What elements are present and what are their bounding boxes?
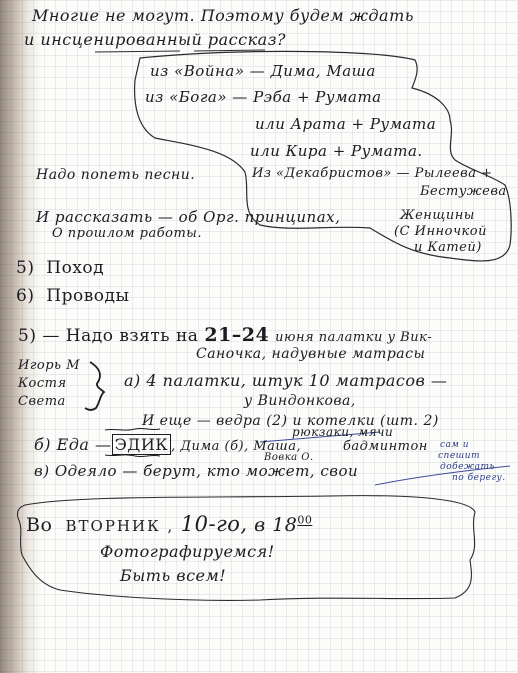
brace	[85, 362, 104, 410]
item-text: Еда —	[57, 435, 112, 454]
announce-time: в 18	[254, 514, 297, 536]
dates: 21–24	[204, 324, 269, 346]
blue-note-1: сам и	[440, 440, 469, 450]
person: Игорь М	[18, 358, 80, 373]
section-number: 5) —	[18, 326, 60, 346]
item-a-line-3: И еще — ведра (2) и котелки (шт. 2)	[142, 413, 439, 429]
intro-line-2: и инсценированный рассказ?	[24, 30, 286, 49]
announcement-line-3: Быть всем!	[120, 566, 226, 585]
section-text: Надо взять на	[66, 326, 199, 346]
casting-line-4: или Кира + Румата.	[250, 142, 423, 160]
item-label: а)	[124, 371, 141, 390]
list-number: 5)	[16, 258, 34, 278]
item-text: Одеяло — берут, кто может, свои	[55, 462, 358, 480]
list-item: 6) Проводы	[16, 286, 130, 306]
section5-header: 5) — Надо взять на 21–24 июня палатки у …	[18, 324, 432, 346]
casting-line-6: Бестужева	[420, 184, 507, 199]
list-item: 5) Поход	[16, 258, 104, 278]
item-a: а) 4 палатки, штук 10 матрасов —	[124, 371, 447, 390]
item-label: в)	[34, 462, 50, 480]
announcement-line-2: Фотографируемся!	[100, 542, 275, 561]
list-text: Проводы	[46, 286, 129, 306]
announce-time-minutes: 00	[297, 514, 312, 527]
person: Света	[18, 394, 66, 409]
item-b: б) Еда —ЭДИК, Дима (б), Маша,	[34, 435, 301, 454]
blue-note-3: добежать	[440, 462, 495, 472]
list-number: 6)	[16, 286, 34, 306]
casting-line-5: Из «Декабристов» — Рылеева +	[252, 166, 493, 181]
section5-line-2: Саночка, надувные матрасы	[196, 346, 425, 362]
announce-prefix: Во	[26, 514, 52, 536]
casting-line-8: (С Инночкой	[394, 224, 487, 239]
announce-day: ВТОРНИК ,	[66, 517, 175, 535]
tell-line-2: О прошлом работы.	[52, 226, 202, 241]
section-text-rest: июня палатки у Вик-	[275, 330, 432, 345]
intro-line-1: Многие не могут. Поэтому будем ждать	[32, 6, 414, 25]
casting-roles: Рэба + Румата	[253, 88, 382, 106]
casting-line-3: или Арата + Румата	[255, 115, 436, 133]
songs-line: Надо попеть песни.	[36, 167, 195, 183]
blue-note-2: спешит	[438, 451, 480, 461]
announce-date: 10-го,	[181, 512, 248, 536]
casting-line-2: из «Бога» — Рэба + Румата	[145, 88, 382, 106]
casting-source: из «Бога» —	[145, 88, 248, 106]
person: Костя	[18, 376, 67, 391]
item-a-line-2: у Виндонкова,	[244, 393, 356, 409]
list-text: Поход	[46, 258, 104, 278]
item-b-above: рюкзаки, мячи	[292, 425, 393, 439]
casting-source: из «Война» —	[150, 62, 265, 80]
tell-line-1: И рассказать — об Орг. принципах,	[36, 208, 340, 226]
casting-line-1: из «Война» — Дима, Маша	[150, 62, 376, 80]
casting-source: Из «Декабристов» —	[252, 166, 410, 181]
casting-line-9: и Катей)	[414, 240, 482, 255]
casting-roles: Дима, Маша	[271, 62, 376, 80]
boxed-name: ЭДИК	[112, 434, 172, 455]
blue-note-4: по берегу.	[452, 473, 506, 483]
item-b-right: бадминтон	[343, 439, 428, 454]
item-v: в) Одеяло — берут, кто может, свои	[34, 462, 358, 480]
casting-roles: Рылеева +	[415, 166, 493, 181]
casting-line-7: Женщины	[400, 208, 475, 223]
announcement-line-1: Во ВТОРНИК , 10-го, в 1800	[26, 512, 312, 536]
item-text: 4 палатки, штук 10 матрасов —	[146, 371, 447, 390]
item-label: б)	[34, 435, 51, 454]
